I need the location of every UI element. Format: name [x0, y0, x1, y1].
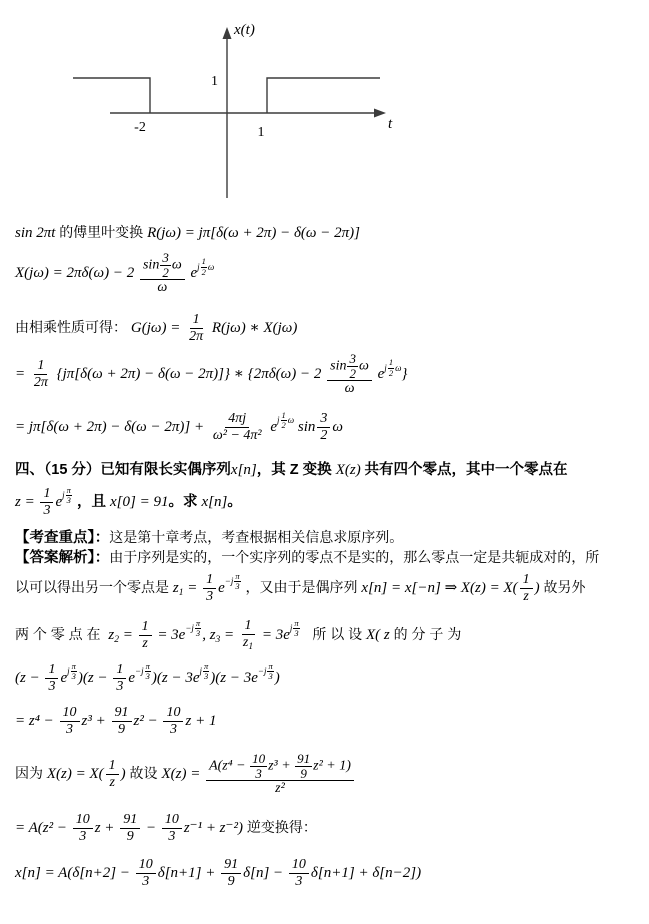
math-text: 由相乘性质可得： — [15, 319, 131, 335]
fraction: 12 — [201, 257, 207, 277]
numerator: 10 — [250, 752, 267, 767]
numerator: 1 — [40, 486, 53, 503]
math-text: )(z − — [78, 670, 111, 686]
fraction: 12 — [281, 411, 287, 431]
math-text: e — [55, 494, 62, 510]
math-text: 由于序列是实的，一个实序列的零点不是实的，那么零点一定是共轭成对的，所 — [109, 549, 599, 565]
math-text: j — [200, 667, 203, 676]
math-text: 1 — [248, 642, 253, 652]
denominator: 3 — [293, 629, 299, 638]
math-text: = jπ[δ(ω + 2π) − δ(ω − 2π)] + — [15, 419, 208, 435]
math-text: e — [187, 265, 197, 281]
denominator: 9 — [115, 722, 128, 738]
formula-x-jw: X(jω) = 2πδ(ω) − 2 sin32ωω ej12ω — [15, 251, 214, 296]
math-text: e — [60, 670, 67, 686]
fraction: 103 — [73, 812, 93, 844]
superscript: j12ω — [197, 257, 214, 277]
fraction: 103 — [136, 857, 156, 889]
math-text: 3 — [72, 671, 76, 681]
math-text: 的傅里叶变换 — [59, 224, 147, 240]
math-text: δ[n+1] + δ[n−2]) — [311, 865, 421, 881]
math-text: 这是第十章考点，考查根据相关信息求原序列。 — [109, 529, 403, 545]
denominator: 3 — [234, 582, 240, 591]
numerator: 3 — [317, 411, 330, 428]
superscript: −jπ3 — [135, 662, 152, 682]
numerator: 3 — [347, 352, 358, 367]
math-text: 1 — [193, 312, 200, 327]
numerator: 3 — [160, 251, 171, 266]
denominator: 2 — [201, 268, 207, 277]
math-text: 3 — [79, 829, 86, 844]
denominator: 2 — [160, 266, 171, 280]
math-text: sin — [294, 419, 315, 435]
math-text: 1 — [523, 572, 530, 587]
math-text: π — [72, 661, 76, 671]
math-text: e — [267, 419, 277, 435]
math-text: −j — [135, 667, 144, 676]
math-text: −j — [225, 577, 234, 586]
math-text: −j — [185, 624, 194, 633]
math-text: )(z − 3e — [152, 670, 200, 686]
math-text: π — [196, 618, 200, 628]
math-text: )(z − 3e — [210, 670, 258, 686]
math-text: 2 — [389, 368, 393, 378]
math-text: j — [67, 667, 70, 676]
math-text: 【考查重点】： — [15, 530, 109, 546]
math-text: = 3e — [258, 627, 290, 643]
fraction: 103 — [60, 705, 80, 737]
math-text: 3 — [43, 503, 50, 518]
denominator: 3 — [267, 672, 273, 681]
math-text: − — [142, 820, 160, 836]
math-text: ω² − 4π² — [213, 428, 262, 443]
denominator: 3 — [113, 679, 126, 695]
math-text: δ[n+1] + — [158, 865, 219, 881]
numerator: 4πj — [225, 411, 249, 428]
math-text: 所 以 设 — [301, 626, 366, 642]
math-text: 3 — [67, 495, 71, 505]
inverse-transform-result-line: x[n] = A(δ[n+2] − 103δ[n+1] + 919δ[n] − … — [15, 857, 421, 889]
math-text: e — [128, 670, 135, 686]
math-text: ω — [332, 419, 343, 435]
math-text: ω — [208, 263, 214, 272]
math-text: x[n] = A(δ[n+2] − — [15, 865, 134, 881]
math-text: 91 — [297, 751, 310, 766]
denominator: 9 — [225, 874, 238, 890]
math-text: 故设 — [126, 765, 162, 781]
fraction: sin32ωω — [140, 251, 185, 296]
superscript: −jπ3 — [185, 619, 202, 639]
math-text: 3 — [206, 589, 213, 604]
math-text: ω — [395, 364, 401, 373]
math-text: ω — [345, 381, 355, 396]
numerator: 1 — [45, 662, 58, 679]
math-text: X( z — [366, 627, 390, 643]
math-text: (z − — [15, 670, 43, 686]
math-text: 10 — [63, 705, 77, 720]
figure-t-tick-1: 1 — [258, 125, 265, 140]
formula-fourier-of-sin: sin 2πt 的傅里叶变换 R(jω) = jπ[δ(ω + 2π) − δ(… — [15, 224, 360, 243]
math-text: 3 — [168, 829, 175, 844]
math-text: 3 — [196, 628, 200, 638]
math-text: 3 — [349, 351, 356, 366]
math-text: , z — [202, 627, 215, 643]
numerator: 91 — [295, 752, 312, 767]
math-text: −j — [258, 667, 267, 676]
math-text: δ[n] − — [243, 865, 287, 881]
fraction: π3 — [293, 619, 299, 639]
math-text: z³ + — [82, 713, 110, 729]
zeros-z2-z3-line: 两 个 零 点 在 z2 = 1z = 3e−jπ3, z3 = 1z1 = 3… — [15, 618, 461, 652]
math-text: ω — [359, 358, 369, 373]
numerator: 10 — [289, 857, 309, 874]
math-text: 3 — [48, 679, 55, 694]
denominator: 2π — [186, 329, 206, 345]
math-text: ，且 — [73, 494, 110, 510]
fraction: π3 — [71, 662, 77, 682]
figure-y-tick-1: 1 — [211, 74, 218, 89]
problem-heading-line1: 四、（15 分）已知有限长实偶序列x[n]，其 Z 变换 X(z) 共有四个零点… — [15, 461, 567, 480]
fraction: 919 — [221, 857, 241, 889]
math-text: 3 — [295, 874, 302, 889]
denominator: z — [520, 589, 531, 605]
denominator: 3 — [203, 672, 209, 681]
math-text: π — [67, 485, 71, 495]
math-text: R(jω) ∗ X(jω) — [208, 320, 297, 336]
math-text: 10 — [76, 812, 90, 827]
figure-y-label: x(t) — [233, 22, 255, 38]
math-text: z = — [15, 494, 38, 510]
fraction: 1z1 — [240, 618, 256, 652]
math-text: 10 — [139, 857, 153, 872]
math-text: π — [294, 618, 298, 628]
math-text: sin — [330, 358, 346, 373]
math-text: π — [235, 571, 239, 581]
right-step-segment — [267, 78, 380, 113]
xz-definition-line: 因为 X(z) = X(1z) 故设 X(z) = A(z⁴ − 103z³ +… — [15, 752, 356, 797]
denominator: 3 — [145, 672, 151, 681]
math-text: 3 — [116, 679, 123, 694]
numerator: 1 — [203, 572, 216, 589]
signal-plot-figure: x(t) 1 -2 1 t — [0, 6, 649, 216]
math-text: z⁻¹ + z⁻²) — [184, 820, 243, 836]
superscript: −jπ3 — [225, 572, 242, 592]
numerator: 10 — [136, 857, 156, 874]
fraction: π3 — [195, 619, 201, 639]
math-text: z — [142, 636, 147, 651]
denominator: 3 — [40, 503, 53, 519]
math-text: x[n] — [231, 462, 257, 478]
fraction: 1z — [106, 758, 119, 790]
formula-multiplication-property: 由相乘性质可得： G(jω) = 12π R(jω) ∗ X(jω) — [15, 312, 297, 344]
denominator: ω — [342, 381, 358, 397]
math-text: 10 — [252, 751, 265, 766]
numerator: 1 — [113, 662, 126, 679]
math-text: 。求 — [168, 494, 201, 510]
math-text: 3 — [235, 581, 239, 591]
math-text: = z⁴ − — [15, 713, 58, 729]
superscript: jπ3 — [62, 486, 73, 506]
math-text: j — [197, 263, 200, 272]
math-text: 9 — [300, 766, 307, 781]
fraction: 919 — [120, 812, 140, 844]
exam-point-line: 【考查重点】：这是第十章考点，考查根据相关信息求原序列。 — [15, 529, 403, 547]
fraction: π3 — [145, 662, 151, 682]
math-text: ω — [288, 416, 294, 425]
numerator: A(z⁴ − 103z³ + 919z² + 1) — [206, 752, 354, 781]
math-text: 1 — [282, 410, 286, 420]
fraction: A(z⁴ − 103z³ + 919z² + 1)z² — [206, 752, 354, 797]
math-text: j — [290, 624, 293, 633]
math-text: G(jω) = — [131, 320, 184, 336]
denominator: ω² − 4π² — [210, 428, 265, 444]
math-text: 因为 — [15, 765, 47, 781]
numerator: 1 — [520, 572, 533, 589]
math-text: 3 — [320, 411, 327, 426]
math-text: X(jω) = 2πδ(ω) − 2 — [15, 265, 138, 281]
numerator: 10 — [60, 705, 80, 722]
expanded-polynomial-line: = z⁴ − 103z³ + 919z² − 103z + 1 — [15, 705, 216, 737]
answer-analysis-line: 【答案解析】：由于序列是实的，一个实序列的零点不是实的，那么零点一定是共轭成对的… — [15, 549, 599, 567]
math-text: 以可以得出另一个零点是 — [15, 579, 173, 595]
math-text: 。 — [227, 494, 242, 510]
math-text: 逆变换得： — [243, 819, 317, 835]
math-text: X(z) = X( — [47, 766, 104, 782]
denominator: 2 — [317, 428, 330, 444]
math-text: 3 — [162, 250, 169, 265]
denominator: z — [139, 636, 150, 652]
numerator: 10 — [163, 705, 183, 722]
math-text: j — [62, 491, 65, 500]
denominator: 2 — [281, 421, 287, 430]
math-text: 【答案解析】： — [15, 550, 109, 566]
math-text: e — [218, 580, 225, 596]
math-text: 1 — [142, 619, 149, 634]
math-text: ，又由于是偶序列 — [242, 579, 362, 595]
fraction: 12 — [388, 358, 394, 378]
math-text: z — [109, 775, 114, 790]
math-text: 91 — [224, 857, 238, 872]
math-text: 3 — [170, 722, 177, 737]
math-text: X(z) — [336, 462, 365, 478]
superscript: jπ3 — [67, 662, 78, 682]
numerator: 91 — [112, 705, 132, 722]
math-text: {jπ[δ(ω + 2π) − δ(ω − 2π)]} ∗ {2πδ(ω) − … — [53, 366, 325, 382]
superscript: j12ω — [277, 411, 294, 431]
math-text: z + 1 — [185, 713, 216, 729]
denominator: z1 — [240, 635, 256, 653]
math-text: ) — [275, 670, 280, 686]
denominator: 3 — [203, 589, 216, 605]
document-page: x(t) 1 -2 1 t sin 2πt 的傅里叶变换 R(jω) = jπ[… — [0, 0, 649, 924]
math-text: } — [401, 366, 407, 382]
math-text: 9 — [127, 829, 134, 844]
math-text: π — [268, 661, 272, 671]
math-text: 3 — [146, 671, 150, 681]
fraction: 32 — [347, 352, 358, 380]
numerator: 1 — [139, 619, 152, 636]
left-step-segment — [73, 78, 150, 113]
fraction: 103 — [163, 705, 183, 737]
fraction: 32 — [317, 411, 330, 443]
math-text: π — [204, 661, 208, 671]
t-axis-arrow-icon — [374, 109, 386, 118]
math-text: 9 — [118, 722, 125, 737]
math-text: x[0] = 91 — [110, 494, 168, 510]
fraction: 13 — [45, 662, 58, 694]
math-text: z² + 1) — [313, 758, 351, 773]
math-text: sin 2πt — [15, 225, 59, 241]
math-text: = — [220, 627, 238, 643]
numerator: 10 — [162, 812, 182, 829]
math-text: = 3e — [154, 627, 186, 643]
superscript: j12ω — [384, 358, 401, 378]
fraction: 4πjω² − 4π² — [210, 411, 265, 443]
math-text: 3 — [142, 874, 149, 889]
fraction: 103 — [250, 752, 267, 780]
math-text: ，其 Z 变换 — [257, 462, 336, 478]
math-text: 1 — [202, 256, 206, 266]
denominator: 9 — [124, 829, 137, 845]
math-text: z² − — [134, 713, 162, 729]
fraction: 32 — [160, 251, 171, 279]
fraction: 12π — [186, 312, 206, 344]
fraction: π3 — [267, 662, 273, 682]
math-text: x[n] = x[−n] ⇒ X(z) = X( — [361, 580, 517, 596]
fraction: 919 — [295, 752, 312, 780]
math-text: 3 — [204, 671, 208, 681]
denominator: 3 — [292, 874, 305, 890]
math-text: 1 — [245, 618, 252, 633]
math-text: 1 — [206, 572, 213, 587]
numerator: 1 — [34, 358, 47, 375]
denominator: 3 — [66, 496, 72, 505]
math-text: 2 — [202, 267, 206, 277]
numerator: 91 — [120, 812, 140, 829]
figure-t-tick-neg2: -2 — [134, 120, 146, 135]
math-text: 2π — [189, 329, 203, 344]
denominator: 2 — [347, 367, 358, 381]
math-text: = — [119, 627, 137, 643]
math-text: = — [183, 580, 201, 596]
fraction: 103 — [162, 812, 182, 844]
fraction: 12π — [31, 358, 51, 390]
fraction: 103 — [289, 857, 309, 889]
math-text: 10 — [166, 705, 180, 720]
math-text: 2 — [320, 428, 327, 443]
fraction: π3 — [234, 572, 240, 592]
math-text: 1 — [389, 357, 393, 367]
numerator: 1 — [106, 758, 119, 775]
numerator: sin32ω — [327, 352, 372, 381]
denominator: 3 — [253, 767, 264, 781]
math-text: 3 — [66, 722, 73, 737]
math-text: 2 — [162, 265, 169, 280]
math-text: 2 — [349, 366, 356, 381]
math-text: 10 — [292, 857, 306, 872]
math-text: 1 — [48, 662, 55, 677]
numerator: 1 — [242, 618, 255, 635]
math-text: 10 — [165, 812, 179, 827]
formula-convolution-result: = jπ[δ(ω + 2π) − δ(ω − 2π)] + 4πjω² − 4π… — [15, 411, 343, 443]
math-text: 2π — [34, 375, 48, 390]
math-text: 3 — [294, 628, 298, 638]
math-text: 2 — [282, 420, 286, 430]
denominator: 9 — [298, 767, 309, 781]
denominator: 3 — [195, 629, 201, 638]
denominator: 3 — [45, 679, 58, 695]
fraction: π3 — [203, 662, 209, 682]
math-text: z + — [95, 820, 118, 836]
fraction: 1z — [139, 619, 152, 651]
math-text: ω — [172, 257, 182, 272]
xz-simplified-line: = A(z² − 103z + 919 − 103z⁻¹ + z⁻²) 逆变换得… — [15, 812, 317, 844]
math-text: 故另外 — [540, 579, 586, 595]
math-text: 共有四个零点，其中一个零点在 — [364, 462, 567, 478]
math-text: z² — [275, 781, 285, 796]
problem-heading-line2: z = 13ejπ3 ，且 x[0] = 91。求 x[n]。 — [15, 486, 242, 518]
math-text: 91 — [123, 812, 137, 827]
math-text: x[n] — [201, 494, 227, 510]
numerator-product-line: (z − 13ejπ3)(z − 13e−jπ3)(z − 3ejπ3)(z −… — [15, 662, 280, 694]
math-text: π — [146, 661, 150, 671]
math-text: j — [277, 416, 280, 425]
math-text: = A(z² − — [15, 820, 71, 836]
denominator: 3 — [165, 829, 178, 845]
math-text: 的 分 子 为 — [390, 626, 462, 642]
math-text: 91 — [115, 705, 129, 720]
numerator: 1 — [190, 312, 203, 329]
math-text: 4πj — [228, 411, 246, 426]
math-text: 1 — [109, 758, 116, 773]
math-text: 9 — [228, 874, 235, 889]
denominator: z² — [272, 781, 288, 797]
formula-convolution-expansion: = 12π {jπ[δ(ω + 2π) − δ(ω − 2π)]} ∗ {2πδ… — [15, 352, 407, 397]
denominator: 2 — [388, 369, 394, 378]
math-text: R(jω) = jπ[δ(ω + 2π) − δ(ω − 2π)] — [147, 225, 360, 241]
denominator: 3 — [63, 722, 76, 738]
math-text: sin — [143, 257, 159, 272]
numerator: 91 — [221, 857, 241, 874]
denominator: 3 — [167, 722, 180, 738]
numerator: sin32ω — [140, 251, 185, 280]
math-text: z³ + — [268, 758, 294, 773]
fraction: sin32ωω — [327, 352, 372, 397]
denominator: 3 — [76, 829, 89, 845]
denominator: 3 — [139, 874, 152, 890]
math-text: j — [384, 364, 387, 373]
math-text: X(z) = — [161, 766, 204, 782]
fraction: 1z — [520, 572, 533, 604]
denominator: 2π — [31, 375, 51, 391]
y-axis-arrow-icon — [223, 27, 232, 39]
subscript: 1 — [248, 642, 253, 652]
fraction: 919 — [112, 705, 132, 737]
denominator: 3 — [71, 672, 77, 681]
math-text: z — [523, 589, 528, 604]
superscript: jπ3 — [200, 662, 211, 682]
math-text: ω — [157, 280, 167, 295]
math-text: 两 个 零 点 在 — [15, 626, 108, 642]
fraction: 13 — [203, 572, 216, 604]
fraction: 13 — [113, 662, 126, 694]
math-text: 1 — [116, 662, 123, 677]
math-text: 四、（15 分）已知有限长实偶序列 — [15, 462, 231, 478]
superscript: jπ3 — [290, 619, 301, 639]
math-text: e — [374, 366, 384, 382]
superscript: −jπ3 — [258, 662, 275, 682]
math-text: 1 — [43, 486, 50, 501]
